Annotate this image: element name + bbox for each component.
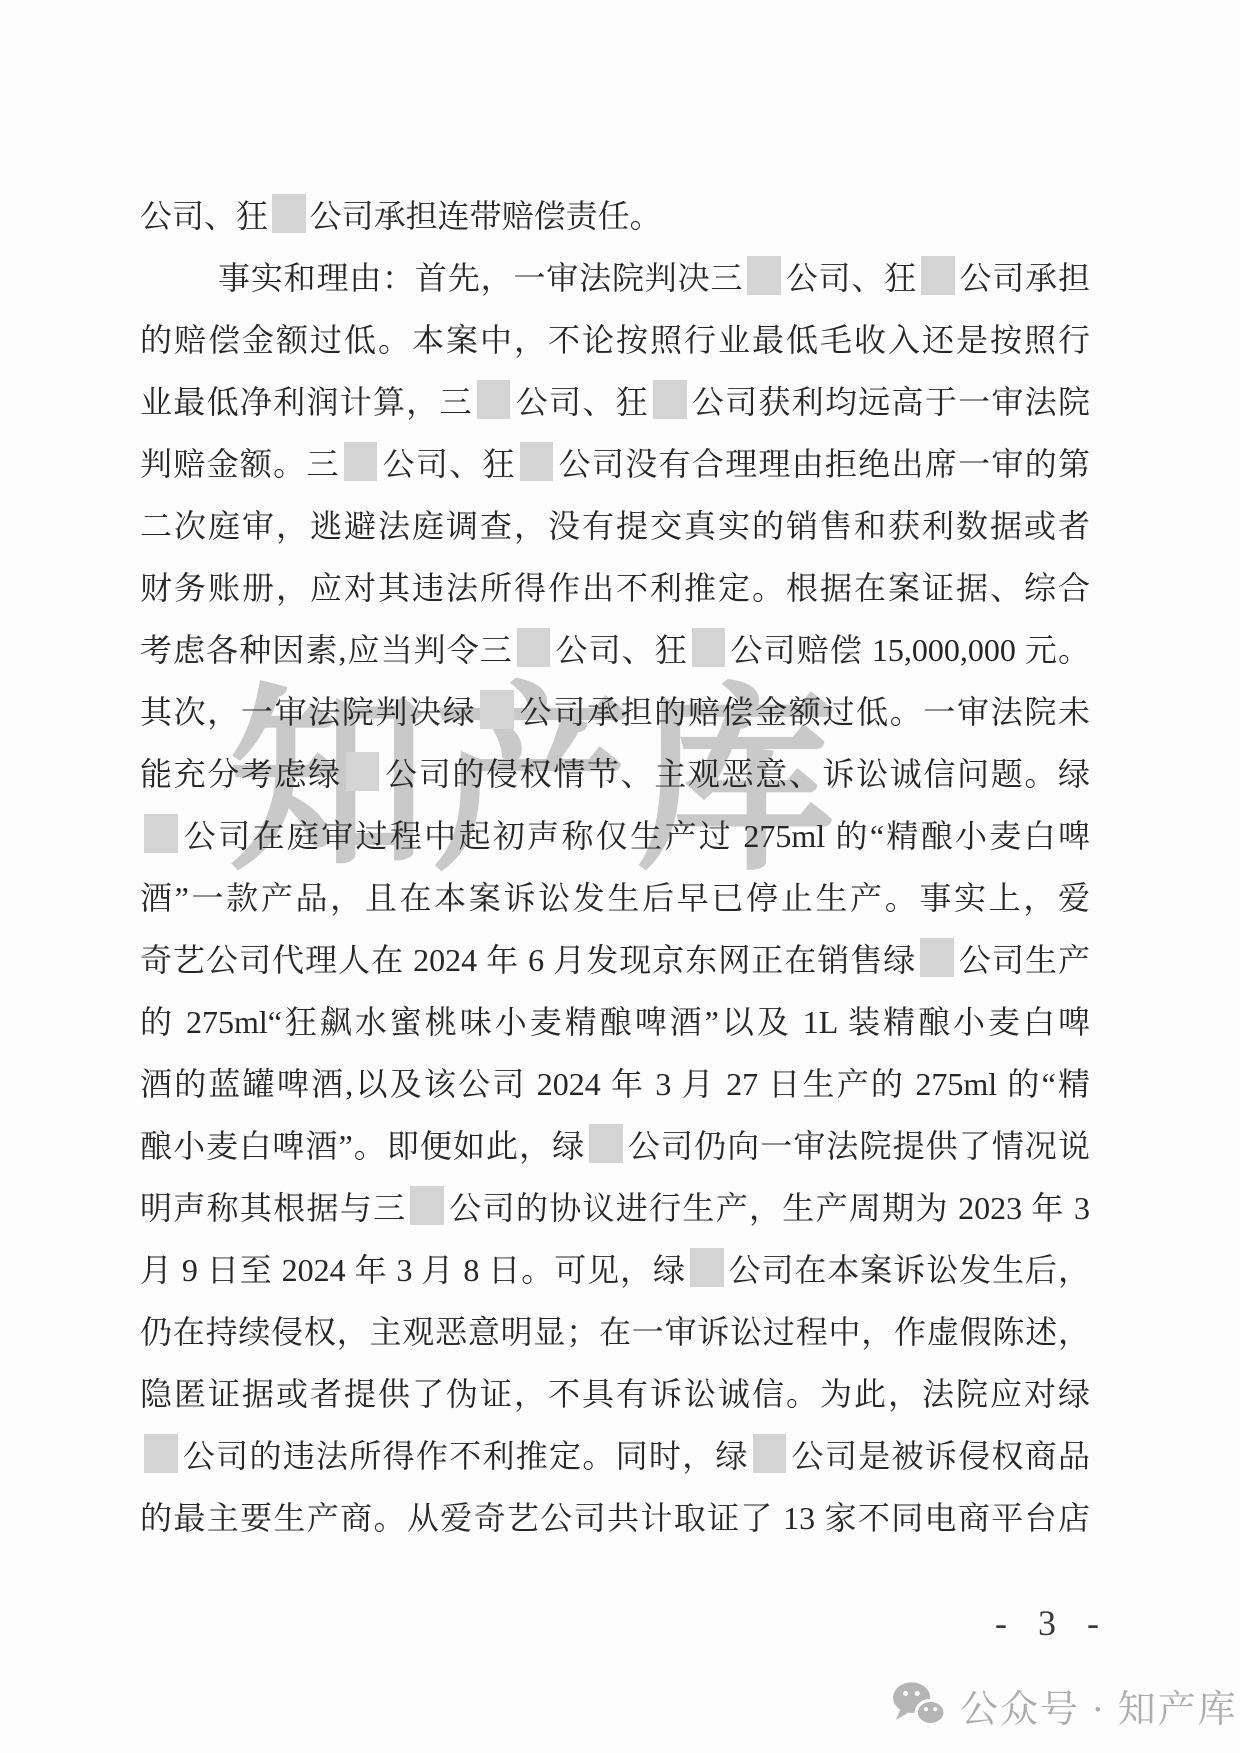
wechat-bubble-eye [924,1707,928,1711]
text-segment: 公司在本案诉讼发生后， [728,1252,1090,1288]
text-segment: 能充分考虑绿 [140,756,342,792]
text-segment: 的最主要生产商。从爱奇艺公司共计取证了 13 家不同电商平台店 [140,1500,1090,1536]
text-segment: 公司获利均远高于一审法院 [691,384,1090,420]
text-segment: 公司、狂 [554,632,687,668]
wechat-bubble-eye [933,1707,937,1711]
redaction-box [477,380,511,419]
page-number: - 3 - [985,1602,1115,1644]
wechat-bubble-eye [903,1690,908,1695]
redaction-box [344,442,378,481]
text-segment: 公司、狂 [381,446,515,482]
text-segment: 隐匿证据或者提供了伪证，不具有诉讼诚信。为此，法院应对绿 [140,1376,1090,1412]
redaction-box [753,1434,787,1473]
text-line: 酿小麦白啤酒”。即便如此，绿公司仍向一审法院提供了情况说 [140,1115,1090,1177]
text-line: 的赔偿金额过低。本案中，不论按照行业最低毛收入还是按照行 [140,309,1090,371]
redaction-box [653,380,687,419]
text-line: 酒的蓝罐啤酒,以及该公司 2024 年 3 月 27 日生产的 275ml 的“… [140,1053,1090,1115]
text-line: 二次庭审，逃避法庭调查，没有提交真实的销售和获利数据或者 [140,495,1090,557]
text-segment: 的 275ml“狂飙水蜜桃味小麦精酿啤酒”以及 1L 装精酿小麦白啤 [140,1004,1090,1040]
text-segment: 业最低净利润计算，三 [140,384,473,420]
wechat-bubble-eye [915,1690,920,1695]
footer-account-label: 公众号 · 知产库 [960,1678,1238,1733]
redaction-box [747,256,781,295]
text-line: 公司在庭审过程中起初声称仅生产过 275ml 的“精酿小麦白啤 [140,805,1090,867]
text-line: 的最主要生产商。从爱奇艺公司共计取证了 13 家不同电商平台店 [140,1487,1090,1549]
redaction-box [690,1248,724,1287]
text-segment: 仍在持续侵权，主观恶意明显；在一审诉讼过程中，作虚假陈述， [140,1314,1090,1350]
wechat-bubble-front [916,1700,945,1724]
text-segment: 公司的违法所得作不利推定。同时，绿 [182,1438,749,1474]
text-segment: 事实和理由：首先，一审法院判决三 [218,260,743,296]
text-segment: 公司承担的赔偿金额过低。一审法院未 [518,694,1090,730]
footer-brand: 公众号 · 知产库 [892,1678,1238,1733]
wechat-icon [892,1680,948,1732]
text-segment: 明声称其根据与三 [140,1190,406,1226]
text-line: 业最低净利润计算，三公司、狂公司获利均远高于一审法院 [140,371,1090,433]
text-line: 公司、狂公司承担连带赔偿责任。 [140,185,1090,247]
text-segment: 酿小麦白啤酒”。即便如此，绿 [140,1128,585,1164]
text-line: 财务账册，应对其违法所得作出不利推定。根据在案证据、综合 [140,557,1090,619]
redaction-box [410,1186,444,1225]
text-segment: 公司是被诉侵权商品 [790,1438,1090,1474]
text-segment: 财务账册，应对其违法所得作出不利推定。根据在案证据、综合 [140,570,1090,606]
text-line: 其次，一审法院判决绿公司承担的赔偿金额过低。一审法院未 [140,681,1090,743]
text-line: 的 275ml“狂飙水蜜桃味小麦精酿啤酒”以及 1L 装精酿小麦白啤 [140,991,1090,1053]
text-line: 酒”一款产品，且在本案诉讼发生后早已停止生产。事实上，爱 [140,867,1090,929]
document-page: 知产库 公司、狂公司承担连带赔偿责任。事实和理由：首先，一审法院判决三公司、狂公… [0,0,1240,1753]
text-segment: 公司的侵权情节、主观恶意、诉讼诚信问题。绿 [383,756,1090,792]
text-segment: 考虑各种因素,应当判令三 [140,632,513,668]
redaction-box [920,938,954,977]
text-segment: 公司生产 [958,942,1090,978]
text-segment: 其次，一审法院判决绿 [140,694,476,730]
redaction-box [921,256,955,295]
text-segment: 月 9 日至 2024 年 3 月 8 日。可见，绿 [140,1252,686,1288]
text-line: 能充分考虑绿公司的侵权情节、主观恶意、诉讼诚信问题。绿 [140,743,1090,805]
text-line: 仍在持续侵权，主观恶意明显；在一审诉讼过程中，作虚假陈述， [140,1301,1090,1363]
text-line: 公司的违法所得作不利推定。同时，绿公司是被诉侵权商品 [140,1425,1090,1487]
text-segment: 判赔金额。三 [140,446,340,482]
text-segment: 酒的蓝罐啤酒,以及该公司 2024 年 3 月 27 日生产的 275ml 的“… [140,1066,1090,1102]
text-segment: 公司、狂 [140,198,268,234]
redaction-box [520,442,554,481]
text-segment: 公司、狂 [785,260,917,296]
text-segment: 奇艺公司代理人在 2024 年 6 月发现京东网正在销售绿 [140,942,916,978]
text-line: 明声称其根据与三公司的协议进行生产，生产周期为 2023 年 3 [140,1177,1090,1239]
text-segment: 二次庭审，逃避法庭调查，没有提交真实的销售和获利数据或者 [140,508,1090,544]
redaction-box [517,628,551,667]
text-line: 考虑各种因素,应当判令三公司、狂公司赔偿 15,000,000 元。 [140,619,1090,681]
redaction-box [144,1434,178,1473]
text-segment: 公司承担 [959,260,1090,296]
text-segment: 公司赔偿 15,000,000 元。 [729,632,1090,668]
text-segment: 公司仍向一审法院提供了情况说 [627,1128,1090,1164]
redaction-box [272,194,306,233]
text-segment: 公司在庭审过程中起初声称仅生产过 275ml 的“精酿小麦白啤 [182,818,1090,854]
redaction-box [144,814,178,853]
document-body: 公司、狂公司承担连带赔偿责任。事实和理由：首先，一审法院判决三公司、狂公司承担的… [140,185,1090,1549]
text-segment: 公司没有合理理由拒绝出席一审的第 [557,446,1090,482]
text-line: 奇艺公司代理人在 2024 年 6 月发现京东网正在销售绿公司生产 [140,929,1090,991]
text-line: 隐匿证据或者提供了伪证，不具有诉讼诚信。为此，法院应对绿 [140,1363,1090,1425]
redaction-box [480,690,514,729]
text-line: 判赔金额。三公司、狂公司没有合理理由拒绝出席一审的第 [140,433,1090,495]
text-segment: 公司的协议进行生产，生产周期为 2023 年 3 [448,1190,1090,1226]
text-segment: 公司承担连带赔偿责任。 [310,198,662,234]
redaction-box [346,752,380,791]
text-line: 事实和理由：首先，一审法院判决三公司、狂公司承担 [140,247,1090,309]
text-line: 月 9 日至 2024 年 3 月 8 日。可见，绿公司在本案诉讼发生后， [140,1239,1090,1301]
text-segment: 酒”一款产品，且在本案诉讼发生后早已停止生产。事实上，爱 [140,880,1090,916]
redaction-box [589,1124,623,1163]
text-segment: 的赔偿金额过低。本案中，不论按照行业最低毛收入还是按照行 [140,322,1090,358]
redaction-box [692,628,726,667]
text-segment: 公司、狂 [514,384,648,420]
